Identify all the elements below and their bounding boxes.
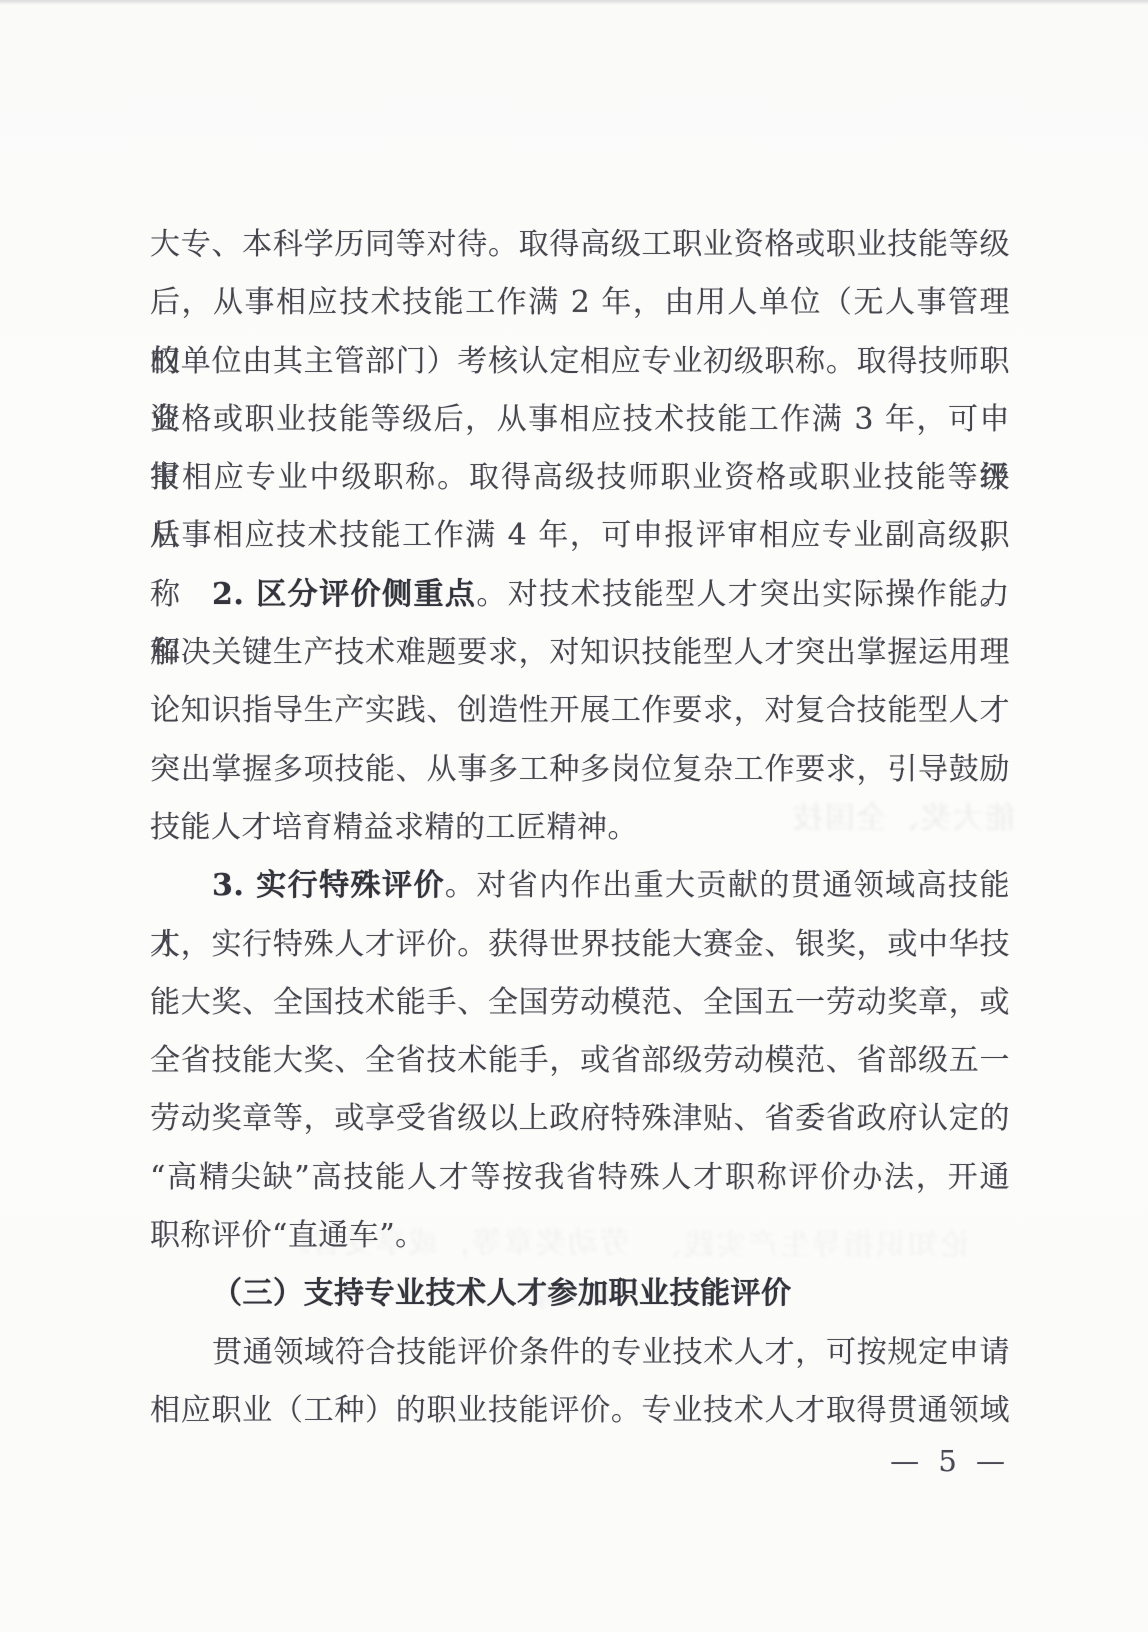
bold-text-segment: 2. 区分评价侧重点 bbox=[212, 577, 476, 612]
text-segment: 论知识指导生产实践、创造性开展工作要求，对复合技能型人才 bbox=[150, 693, 1010, 728]
text-line: 劳动奖章等，或享受省级以上政府特殊津贴、省委省政府认定的 bbox=[150, 1090, 1010, 1148]
text-line: 审相应专业中级职称。取得高级技师职业资格或职业技能等级后， bbox=[150, 449, 1010, 507]
text-segment: 职称评价“直通车”。 bbox=[150, 1218, 426, 1253]
page-number: — 5 — bbox=[890, 1444, 1010, 1478]
text-line: 解决关键生产技术难题要求，对知识技能型人才突出掌握运用理 bbox=[150, 624, 1010, 682]
text-segment: 解决关键生产技术难题要求，对知识技能型人才突出掌握运用理 bbox=[150, 635, 1010, 670]
document-page: 大专、本科学历同等对待。取得高级工职业资格或职业技能等级后，从事相应技术技能工作… bbox=[0, 0, 1148, 1632]
text-line: 突出掌握多项技能、从事多工种多岗位复杂工作要求，引导鼓励 bbox=[150, 741, 1010, 799]
scan-edge-artifact bbox=[0, 0, 1148, 5]
text-line: 资格或职业技能等级后，从事相应技术技能工作满 3 年，可申报评 bbox=[150, 391, 1010, 449]
text-line: 大专、本科学历同等对待。取得高级工职业资格或职业技能等级 bbox=[150, 216, 1010, 274]
text-segment: 贯通领域符合技能评价条件的专业技术人才，可按规定申请 bbox=[212, 1335, 1010, 1370]
text-line: 后，从事相应技术技能工作满 2 年，由用人单位（无人事管理权 bbox=[150, 274, 1010, 332]
text-line: （三）支持专业技术人才参加职业技能评价 bbox=[150, 1265, 1010, 1323]
text-segment: 能大奖、全国技术能手、全国劳动模范、全国五一劳动奖章，或 bbox=[150, 985, 1010, 1020]
text-line: 相应职业（工种）的职业技能评价。专业技术人才取得贯通领域 bbox=[150, 1382, 1010, 1440]
text-line: 技能人才培育精益求精的工匠精神。 bbox=[150, 799, 1010, 857]
text-segment: 突出掌握多项技能、从事多工种多岗位复杂工作要求，引导鼓励 bbox=[150, 752, 1010, 787]
text-segment: 相应职业（工种）的职业技能评价。专业技术人才取得贯通领域 bbox=[150, 1393, 1010, 1428]
text-segment: 全省技能大奖、全省技术能手，或省部级劳动模范、省部级五一 bbox=[150, 1043, 1010, 1078]
document-body: 大专、本科学历同等对待。取得高级工职业资格或职业技能等级后，从事相应技术技能工作… bbox=[150, 216, 1010, 1440]
text-line: 3. 实行特殊评价。对省内作出重大贡献的贯通领域高技能人 bbox=[150, 857, 1010, 915]
text-line: 能大奖、全国技术能手、全国劳动模范、全国五一劳动奖章，或 bbox=[150, 974, 1010, 1032]
text-line: “高精尖缺”高技能人才等按我省特殊人才职称评价办法，开通 bbox=[150, 1149, 1010, 1207]
text-segment: 大专、本科学历同等对待。取得高级工职业资格或职业技能等级 bbox=[150, 227, 1010, 262]
text-line: 贯通领域符合技能评价条件的专业技术人才，可按规定申请 bbox=[150, 1324, 1010, 1382]
text-line: 2. 区分评价侧重点。对技术技能型人才突出实际操作能力和 bbox=[150, 566, 1010, 624]
bold-text-segment: （三）支持专业技术人才参加职业技能评价 bbox=[212, 1276, 792, 1311]
text-line: 的单位由其主管部门）考核认定相应专业初级职称。取得技师职业 bbox=[150, 333, 1010, 391]
text-line: 职称评价“直通车”。 bbox=[150, 1207, 1010, 1265]
text-line: 才，实行特殊人才评价。获得世界技能大赛金、银奖，或中华技 bbox=[150, 916, 1010, 974]
text-segment: 技能人才培育精益求精的工匠精神。 bbox=[150, 810, 638, 845]
text-line: 全省技能大奖、全省技术能手，或省部级劳动模范、省部级五一 bbox=[150, 1032, 1010, 1090]
text-segment: 才，实行特殊人才评价。获得世界技能大赛金、银奖，或中华技 bbox=[150, 927, 1010, 962]
text-line: 从事相应技术技能工作满 4 年，可申报评审相应专业副高级职称。 bbox=[150, 507, 1010, 565]
text-segment: 劳动奖章等，或享受省级以上政府特殊津贴、省委省政府认定的 bbox=[150, 1101, 1010, 1136]
text-segment: “高精尖缺”高技能人才等按我省特殊人才职称评价办法，开通 bbox=[150, 1160, 1010, 1195]
text-line: 论知识指导生产实践、创造性开展工作要求，对复合技能型人才 bbox=[150, 682, 1010, 740]
bold-text-segment: 3. 实行特殊评价 bbox=[212, 868, 445, 903]
